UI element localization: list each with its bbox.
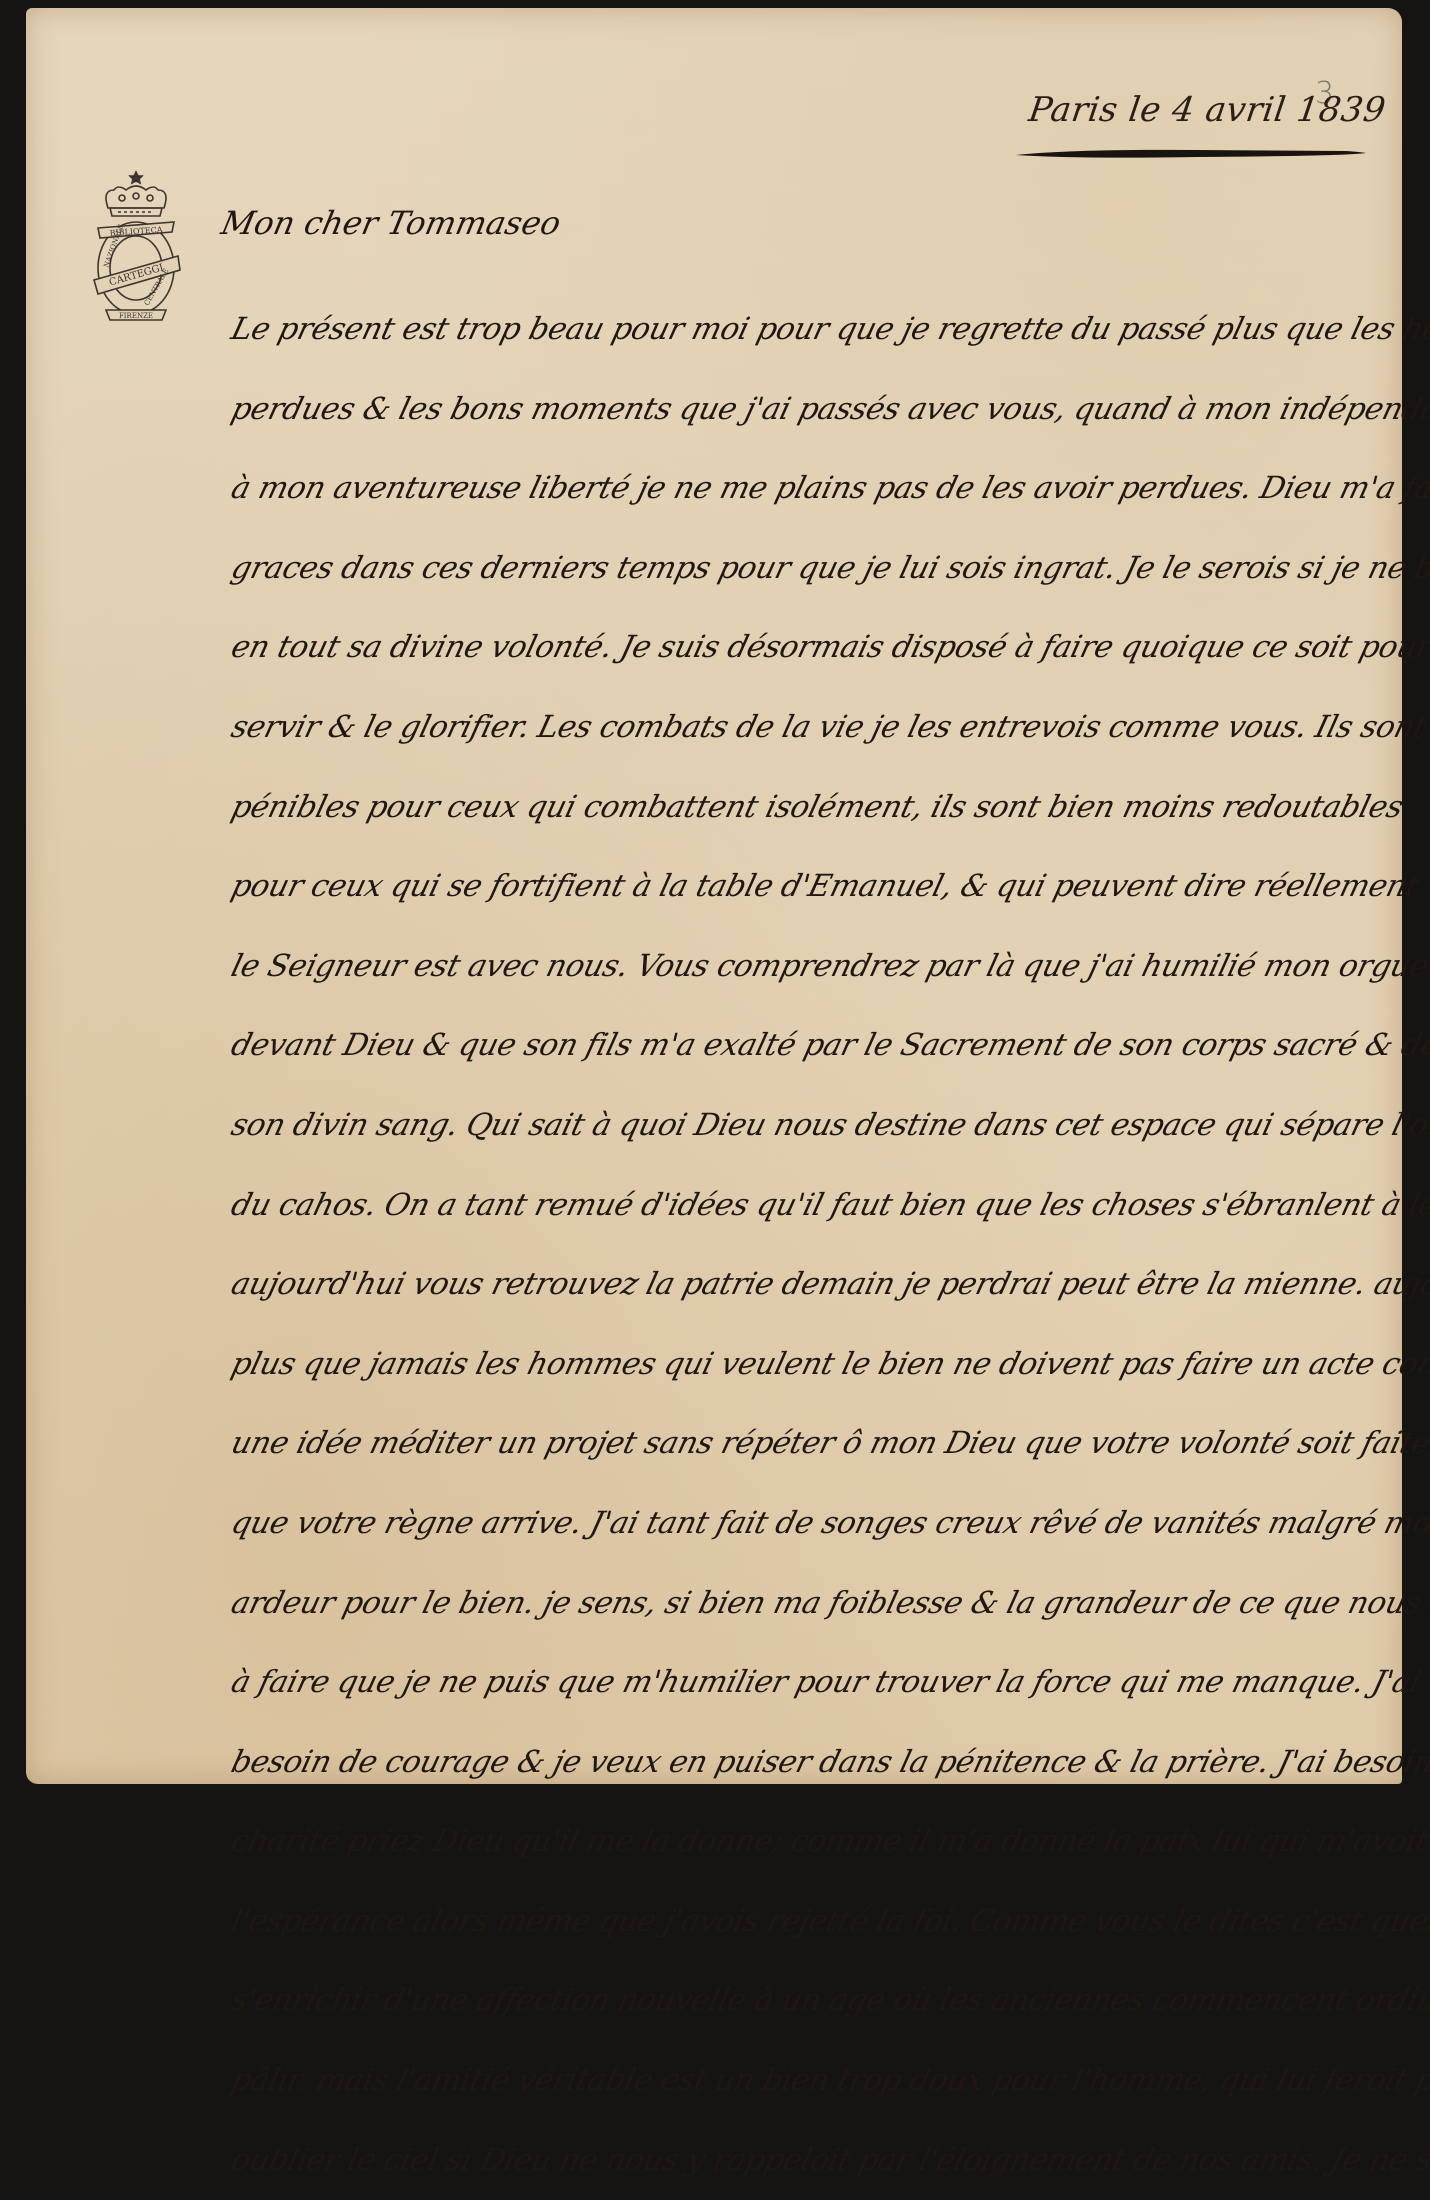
body-line: devant Dieu & que son fils m'a exalté pa… [222,1006,1430,1086]
body-line: graces dans ces derniers temps pour que … [222,529,1430,609]
body-line: plus que jamais les hommes qui veulent l… [222,1325,1430,1405]
letter-page: 3 Paris le 4 avril 1839 BIBLIOTECA CARTE… [26,8,1402,1784]
crown-icon [106,172,166,216]
stamp-bottom-band: FIRENZE [119,312,153,320]
body-line: ardeur pour le bien. je sens, si bien ma… [222,1564,1430,1644]
body-line: le Seigneur est avec nous. Vous comprend… [222,927,1430,1007]
body-line: pour ceux qui se fortifient à la table d… [222,847,1430,927]
body-line: pénibles pour ceux qui combattent isolém… [222,768,1430,848]
body-line: perdues & les bons moments que j'ai pass… [222,370,1430,450]
body-line: du cahos. On a tant remué d'idées qu'il … [222,1166,1430,1246]
body-line: servir & le glorifier. Les combats de la… [222,688,1430,768]
body-line: que votre règne arrive. J'ai tant fait d… [222,1484,1430,1564]
letter-body: Le présent est trop beau pour moi pour q… [222,290,1430,1800]
body-line: aujourd'hui vous retrouvez la patrie dem… [222,1245,1430,1325]
body-line: à faire que je ne puis que m'humilier po… [222,1643,1430,1723]
body-line: besoin de courage & je veux en puiser da… [222,1723,1430,1800]
library-stamp: BIBLIOTECA CARTEGGI FIRENZE NAZIONALE CE… [88,168,184,324]
date-line: Paris le 4 avril 1839 [1026,90,1388,130]
body-line: son divin sang. Qui sait à quoi Dieu nou… [222,1086,1430,1166]
body-line: en tout sa divine volonté. Je suis désor… [222,608,1430,688]
body-line: à mon aventureuse liberté je ne me plain… [222,449,1430,529]
body-line: Le présent est trop beau pour moi pour q… [222,290,1430,370]
body-line: une idée méditer un projet sans répéter … [222,1404,1430,1484]
salutation: Mon cher Tommaseo [218,204,564,242]
underline-flourish [1016,146,1366,160]
